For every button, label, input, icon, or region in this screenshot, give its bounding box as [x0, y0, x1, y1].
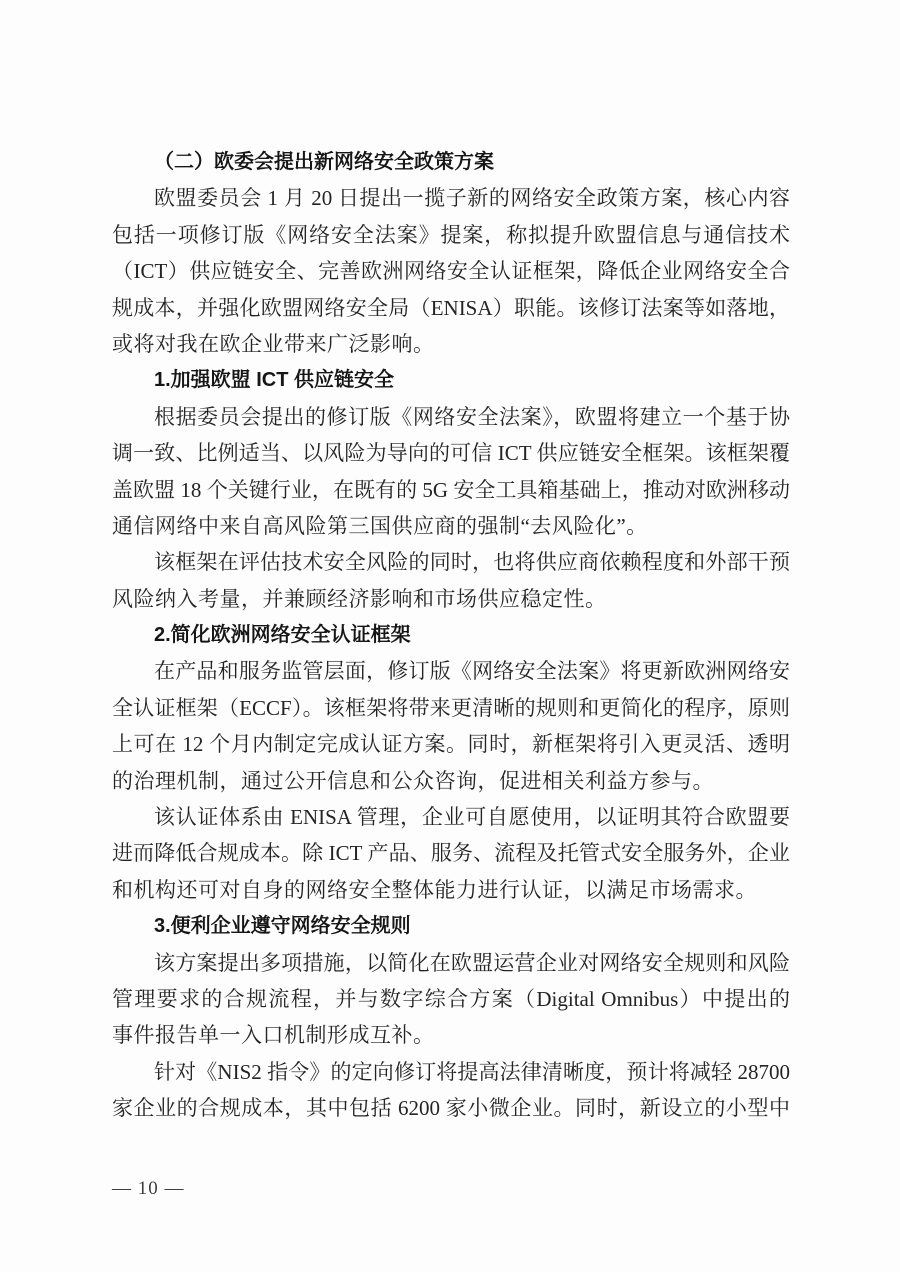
text-line: 该框架在评估技术安全风险的同时，也将供应商依赖程度和外部干预: [112, 544, 790, 580]
text-line: 管理要求的合规流程，并与数字综合方案（Digital Omnibus）中提出的: [112, 981, 790, 1017]
text-line: 通信网络中来自高风险第三国供应商的强制“去风险化”。: [112, 508, 790, 544]
text-line: 该认证体系由 ENISA 管理，企业可自愿使用，以证明其符合欧盟要求，: [112, 799, 790, 835]
text-line: 欧盟委员会 1 月 20 日提出一揽子新的网络安全政策方案，核心内容: [112, 180, 790, 216]
text-line: 在产品和服务监管层面，修订版《网络安全法案》将更新欧洲网络安: [112, 653, 790, 689]
document-body: （二）欧委会提出新网络安全政策方案欧盟委员会 1 月 20 日提出一揽子新的网络…: [112, 144, 790, 1127]
subsection-heading: 2.简化欧洲网络安全认证框架: [112, 617, 790, 653]
text-line: 的治理机制，通过公开信息和公众咨询，促进相关利益方参与。: [112, 763, 790, 799]
text-line: 规成本，并强化欧盟网络安全局（ENISA）职能。该修订法案等如落地，: [112, 290, 790, 326]
text-line: 盖欧盟 18 个关键行业，在既有的 5G 安全工具箱基础上，推动对欧洲移动: [112, 472, 790, 508]
text-line: 家企业的合规成本，其中包括 6200 家小微企业。同时，新设立的小型中: [112, 1090, 790, 1126]
text-line: 包括一项修订版《网络安全法案》提案，称拟提升欧盟信息与通信技术: [112, 217, 790, 253]
text-line: 根据委员会提出的修订版《网络安全法案》，欧盟将建立一个基于协: [112, 399, 790, 435]
text-line: 针对《NIS2 指令》的定向修订将提高法律清晰度，预计将减轻 28700: [112, 1054, 790, 1090]
text-line: （ICT）供应链安全、完善欧洲网络安全认证框架，降低企业网络安全合: [112, 253, 790, 289]
subsection-heading: 1.加强欧盟 ICT 供应链安全: [112, 362, 790, 398]
section-heading: （二）欧委会提出新网络安全政策方案: [112, 144, 790, 180]
text-line: 或将对我在欧企业带来广泛影响。: [112, 326, 790, 362]
text-line: 调一致、比例适当、以风险为导向的可信 ICT 供应链安全框架。该框架覆: [112, 435, 790, 471]
text-line: 进而降低合规成本。除 ICT 产品、服务、流程及托管式安全服务外，企业: [112, 835, 790, 871]
document-page: （二）欧委会提出新网络安全政策方案欧盟委员会 1 月 20 日提出一揽子新的网络…: [0, 0, 900, 1272]
page-number: — 10 —: [112, 1178, 185, 1200]
text-line: 全认证框架（ECCF）。该框架将带来更清晰的规则和更简化的程序，原则: [112, 690, 790, 726]
text-line: 和机构还可对自身的网络安全整体能力进行认证，以满足市场需求。: [112, 872, 790, 908]
text-line: 该方案提出多项措施，以简化在欧盟运营企业对网络安全规则和风险: [112, 945, 790, 981]
text-line: 事件报告单一入口机制形成互补。: [112, 1017, 790, 1053]
text-line: 上可在 12 个月内制定完成认证方案。同时，新框架将引入更灵活、透明: [112, 726, 790, 762]
subsection-heading: 3.便利企业遵守网络安全规则: [112, 908, 790, 944]
text-line: 风险纳入考量，并兼顾经济影响和市场供应稳定性。: [112, 581, 790, 617]
